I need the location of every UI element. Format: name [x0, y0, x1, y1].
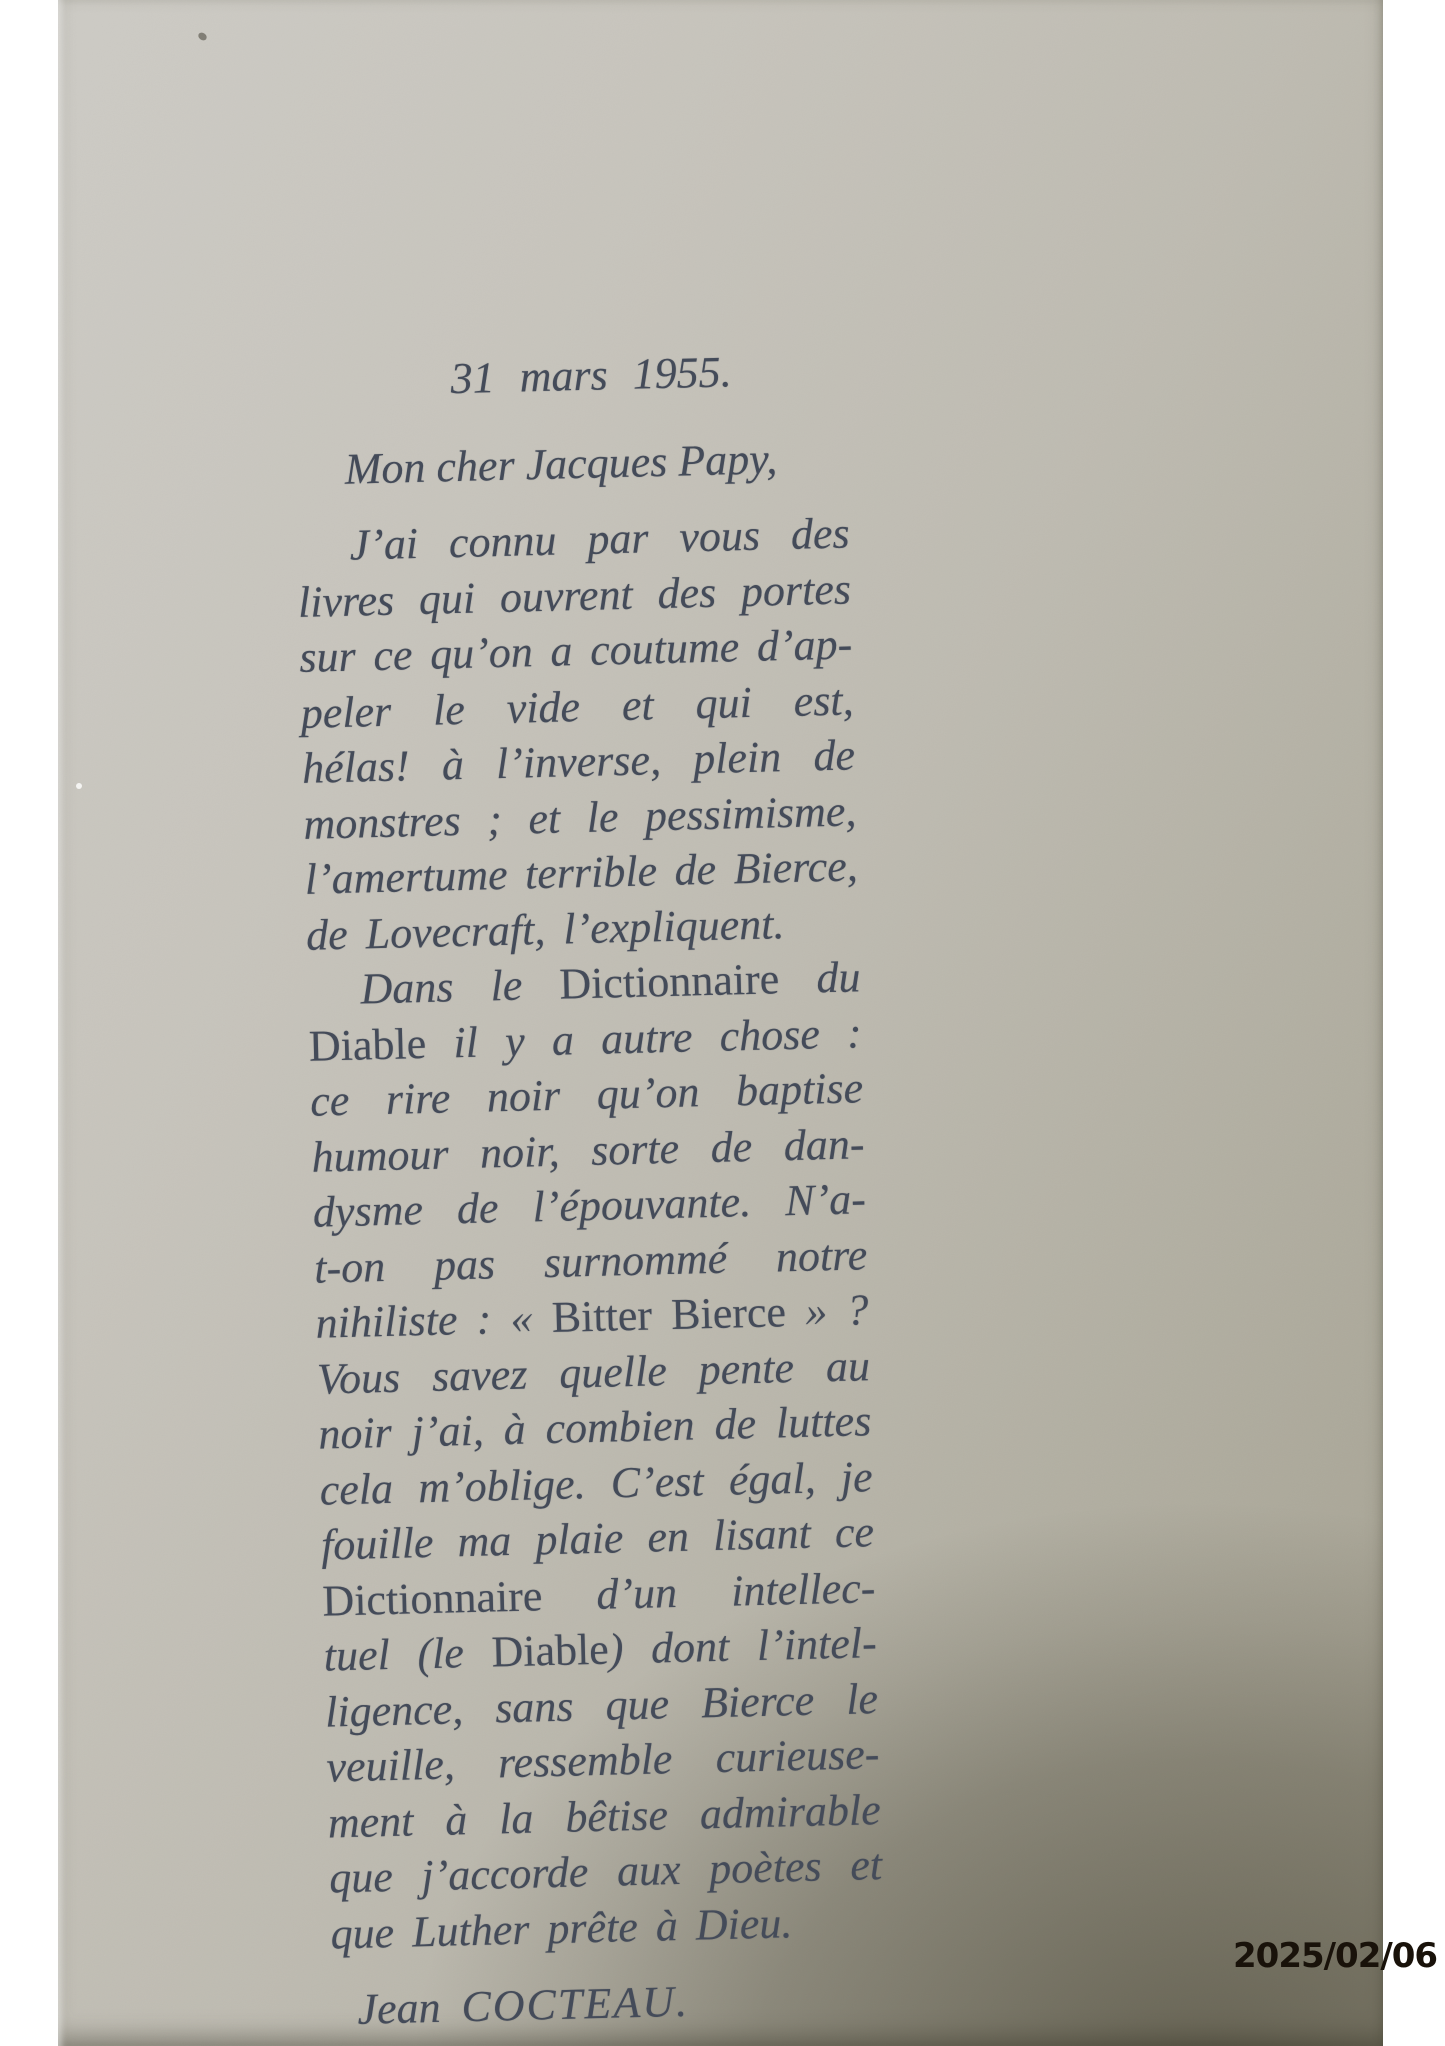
letter-line: Jean COCTEAU. [357, 1969, 886, 2037]
letter-text: 31 mars 1955.Mon cher Jacques Papy,J’aic… [292, 341, 886, 2038]
book-page-photo: 31 mars 1955.Mon cher Jacques Papy,J’aic… [58, 0, 1383, 2046]
paper-speck [76, 783, 82, 789]
camera-date-stamp: 2025/02/06 [1233, 1936, 1437, 1976]
letter-line: 31 mars 1955. [450, 341, 846, 406]
letter-line: Mon cher Jacques Papy, [344, 429, 848, 497]
paper-speck [197, 31, 208, 42]
